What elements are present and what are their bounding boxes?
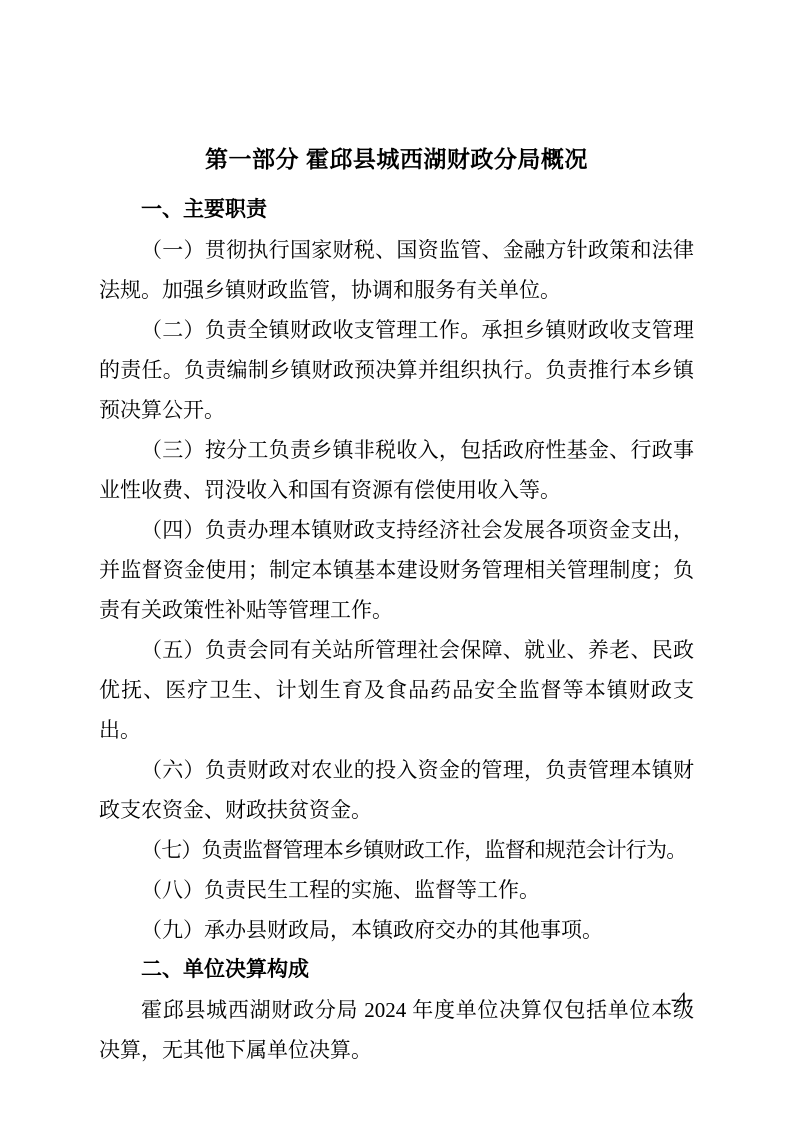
body-paragraph: （七）负责监督管理本乡镇财政工作，监督和规范会计行为。 (99, 830, 694, 870)
body-paragraph: （二）负责全镇财政收支管理工作。承担乡镇财政收支管理的责任。负责编制乡镇财政预决… (99, 310, 694, 430)
body-paragraph: （六）负责财政对农业的投入资金的管理，负责管理本镇财政支农资金、财政扶贫资金。 (99, 750, 694, 830)
body-paragraph: （一）贯彻执行国家财税、国资监管、金融方针政策和法律法规。加强乡镇财政监管，协调… (99, 230, 694, 310)
document-title: 第一部分 霍邱县城西湖财政分局概况 (99, 146, 694, 173)
body-paragraph: （三）按分工负责乡镇非税收入，包括政府性基金、行政事业性收费、罚没收入和国有资源… (99, 430, 694, 510)
page-content: 第一部分 霍邱县城西湖财政分局概况 一、主要职责 （一）贯彻执行国家财税、国资监… (99, 146, 694, 1070)
section-heading-unit-accounts-composition: 二、单位决算构成 (99, 950, 694, 990)
body-paragraph: （五）负责会同有关站所管理社会保障、就业、养老、民政优抚、医疗卫生、计划生育及食… (99, 630, 694, 750)
body-paragraph: （九）承办县财政局，本镇政府交办的其他事项。 (99, 910, 694, 950)
body-paragraph: （四）负责办理本镇财政支持经济社会发展各项资金支出，并监督资金使用；制定本镇基本… (99, 510, 694, 630)
document-page: 第一部分 霍邱县城西湖财政分局概况 一、主要职责 （一）贯彻执行国家财税、国资监… (0, 0, 793, 1122)
page-number: -4- (671, 989, 693, 1011)
body-paragraph: （八）负责民生工程的实施、监督等工作。 (99, 870, 694, 910)
section-heading-main-duties: 一、主要职责 (99, 190, 694, 230)
body-paragraph: 霍邱县城西湖财政分局 2024 年度单位决算仅包括单位本级决算，无其他下属单位决… (99, 990, 694, 1070)
